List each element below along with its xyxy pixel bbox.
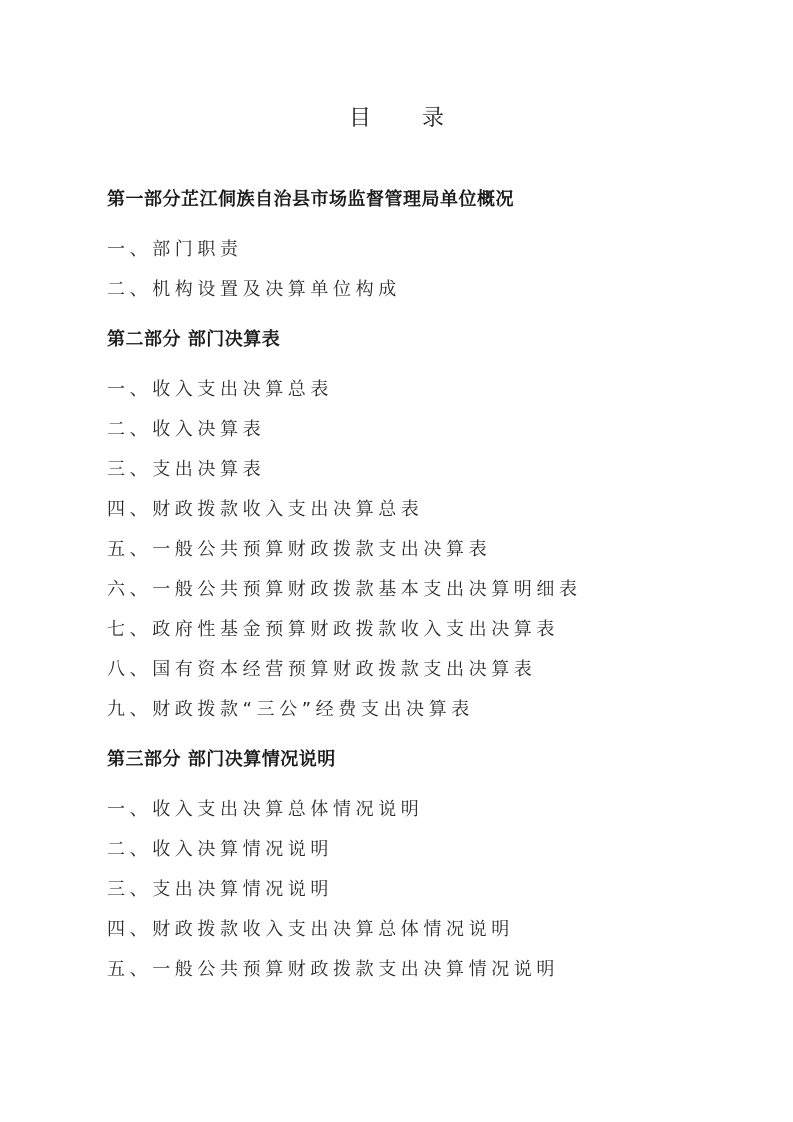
page-title: 目 录: [0, 104, 793, 134]
part-1-heading[interactable]: 第一部分芷江侗族自治县市场监督管理局单位概况: [107, 188, 514, 212]
toc-item[interactable]: 二、收入决算表: [107, 418, 265, 442]
part-3-heading[interactable]: 第三部分 部门决算情况说明: [107, 748, 336, 772]
toc-item[interactable]: 三、支出决算表: [107, 458, 265, 482]
toc-item[interactable]: 五、一般公共预算财政拨款支出决算表: [107, 538, 491, 562]
toc-item[interactable]: 二、收入决算情况说明: [107, 838, 333, 862]
toc-item[interactable]: 三、支出决算情况说明: [107, 878, 333, 902]
toc-item[interactable]: 七、政府性基金预算财政拨款收入支出决算表: [107, 618, 559, 642]
toc-item[interactable]: 八、国有资本经营预算财政拨款支出决算表: [107, 658, 536, 682]
toc-item[interactable]: 五、一般公共预算财政拨款支出决算情况说明: [107, 958, 559, 982]
toc-item[interactable]: 四、财政拨款收入支出决算总体情况说明: [107, 918, 514, 942]
part-2-heading[interactable]: 第二部分 部门决算表: [107, 328, 280, 352]
toc-item[interactable]: 一、部门职责: [107, 238, 243, 262]
toc-item[interactable]: 二、机构设置及决算单位构成: [107, 278, 401, 302]
toc-item[interactable]: 九、财政拨款“三公”经费支出决算表: [107, 698, 474, 722]
toc-item[interactable]: 一、收入支出决算总体情况说明: [107, 798, 423, 822]
toc-item[interactable]: 六、一般公共预算财政拨款基本支出决算明细表: [107, 578, 582, 602]
toc-item[interactable]: 一、收入支出决算总表: [107, 378, 333, 402]
toc-item[interactable]: 四、财政拨款收入支出决算总表: [107, 498, 423, 522]
